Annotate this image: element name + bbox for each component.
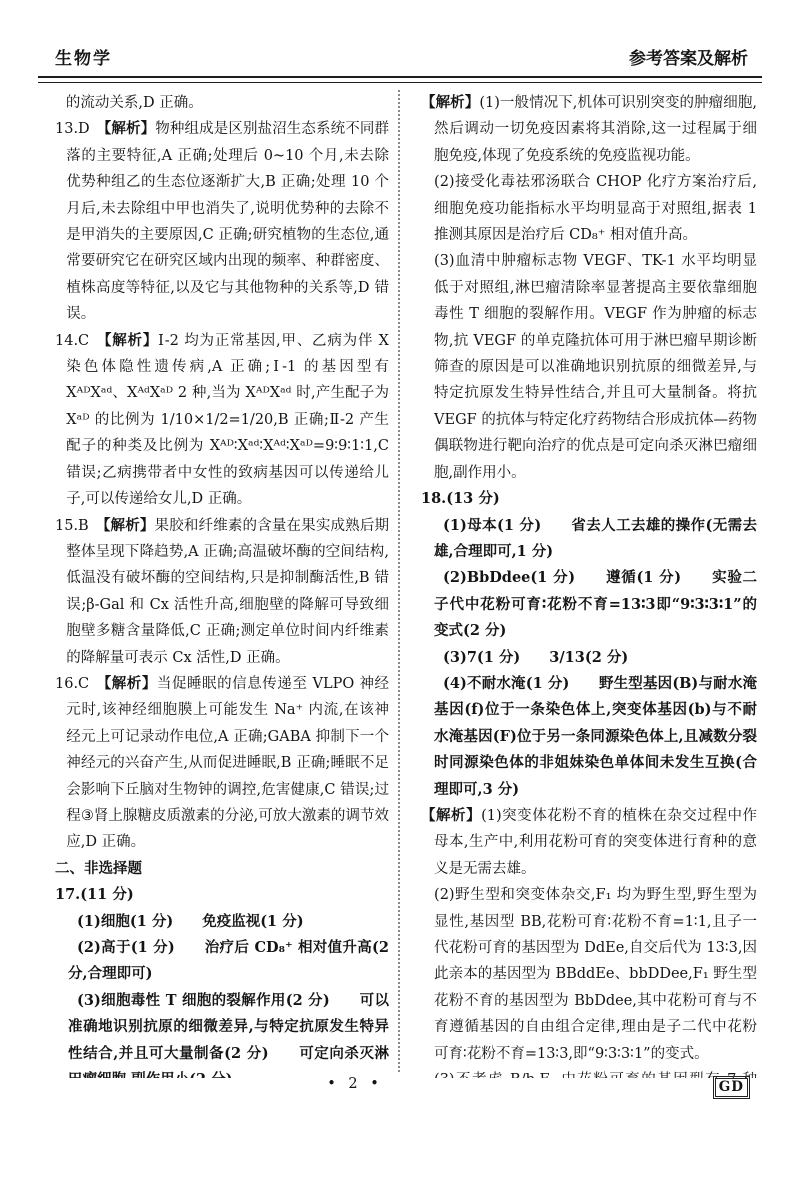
right-column: 【解析】(1)一般情况下,机体可识别突变的肿瘤细胞,然后调动一切免疫因素将其消除… <box>421 90 757 1078</box>
analysis-label: 【解析】 <box>421 807 481 824</box>
page-footer: • 2 • GD <box>0 1076 800 1106</box>
question-number-13: 13.D <box>55 121 90 137</box>
answer-item-16: 16.C【解析】当促睡眠的信息传递至 VLPO 神经元时,该神经细胞膜上可能发生… <box>55 671 389 856</box>
question-18-heading: 18.(13 分) <box>421 486 757 512</box>
answer-item-15: 15.B【解析】果胶和纤维素的含量在果实成熟后期整体呈现下降趋势,A 正确;高温… <box>55 513 389 671</box>
question-number-15: 15.B <box>55 518 89 534</box>
continuation-paragraph: 的流动关系,D 正确。 <box>55 90 389 116</box>
analysis-text-13: 物种组成是区别盐沼生态系统不同群落的主要特征,A 正确;处理后 0~10 个月,… <box>66 121 389 322</box>
answer-item-14: 14.C【解析】Ⅰ-2 均为正常基因,甲、乙病为伴 X 染色体隐性遗传病,A 正… <box>55 328 389 513</box>
question-18-analysis-1: (1)突变体花粉不育的植株在杂交过程中作母本,生产中,利用花粉可育的突变体进行育… <box>434 808 757 877</box>
answer-item-13: 13.D【解析】物种组成是区别盐沼生态系统不同群落的主要特征,A 正确;处理后 … <box>55 116 389 327</box>
edition-badge: GD <box>715 1078 748 1097</box>
page-number: • 2 • <box>0 1076 710 1092</box>
question-18-analysis: 【解析】(1)突变体花粉不育的植株在杂交过程中作母本,生产中,利用花粉可育的突变… <box>421 803 757 882</box>
question-17-analysis-3: (3)血清中肿瘤标志物 VEGF、TK-1 水平均明显低于对照组,淋巴瘤清除率显… <box>421 248 757 486</box>
analysis-text-16: 当促睡眠的信息传递至 VLPO 神经元时,该神经细胞膜上可能发生 Na⁺ 内流,… <box>66 676 389 850</box>
question-17-analysis-2: (2)接受化毒祛邪汤联合 CHOP 化疗方案治疗后,细胞免疫功能指标水平均明显高… <box>421 169 757 248</box>
analysis-label: 【解析】 <box>96 332 158 349</box>
question-18-answer-3: (3)7(1 分) 3/13(2 分) <box>421 645 757 671</box>
analysis-label: 【解析】 <box>97 120 156 137</box>
answer-key-page: 生物学 参考答案及解析 的流动关系,D 正确。 13.D【解析】物种组成是区别盐… <box>0 0 800 1188</box>
analysis-text-15: 果胶和纤维素的含量在果实成熟后期整体呈现下降趋势,A 正确;高温破坏酶的空间结构… <box>66 518 389 666</box>
question-number-16: 16.C <box>55 676 89 692</box>
question-17-heading: 17.(11 分) <box>55 882 389 908</box>
question-18-analysis-2: (2)野生型和突变体杂交,F₁ 均为野生型,野生型为显性,基因型 BB,花粉可育… <box>421 882 757 1067</box>
question-17-analysis-1: (1)一般情况下,机体可识别突变的肿瘤细胞,然后调动一切免疫因素将其消除,这一过… <box>434 95 757 164</box>
analysis-text-14: Ⅰ-2 均为正常基因,甲、乙病为伴 X 染色体隐性遗传病,A 正确;Ⅰ-1 的基… <box>66 333 389 507</box>
section-heading-non-choice: 二、非选择题 <box>55 856 389 882</box>
question-17-answer-1: (1)细胞(1 分) 免疫监视(1 分) <box>55 909 389 935</box>
answer-key-title: 参考答案及解析 <box>629 44 748 69</box>
question-17-analysis: 【解析】(1)一般情况下,机体可识别突变的肿瘤细胞,然后调动一切免疫因素将其消除… <box>421 90 757 169</box>
page-header: 生物学 参考答案及解析 <box>55 44 748 69</box>
question-18-answer-2: (2)BbDdee(1 分) 遵循(1 分) 实验二子代中花粉可育∶花粉不育=1… <box>421 565 757 644</box>
left-column: 的流动关系,D 正确。 13.D【解析】物种组成是区别盐沼生态系统不同群落的主要… <box>55 90 389 1078</box>
question-18-answer-1: (1)母本(1 分) 省去人工去雄的操作(无需去雄,合理即可,1 分) <box>421 513 757 566</box>
question-18-answer-4: (4)不耐水淹(1 分) 野生型基因(B)与耐水淹基因(f)位于一条染色体上,突… <box>421 671 757 803</box>
content-area: 的流动关系,D 正确。 13.D【解析】物种组成是区别盐沼生态系统不同群落的主要… <box>55 90 757 1078</box>
question-number-14: 14.C <box>55 333 89 349</box>
question-17-answer-2: (2)高于(1 分) 治疗后 CD₈⁺ 相对值升高(2 分,合理即可) <box>55 935 389 988</box>
subject-title: 生物学 <box>55 44 112 69</box>
question-17-answer-3: (3)细胞毒性 T 细胞的裂解作用(2 分) 可以准确地识别抗原的细微差异,与特… <box>55 988 389 1078</box>
analysis-label: 【解析】 <box>421 94 479 111</box>
analysis-label: 【解析】 <box>96 675 157 692</box>
header-double-rule <box>38 76 762 83</box>
analysis-label: 【解析】 <box>96 517 155 534</box>
column-divider <box>398 90 400 1072</box>
